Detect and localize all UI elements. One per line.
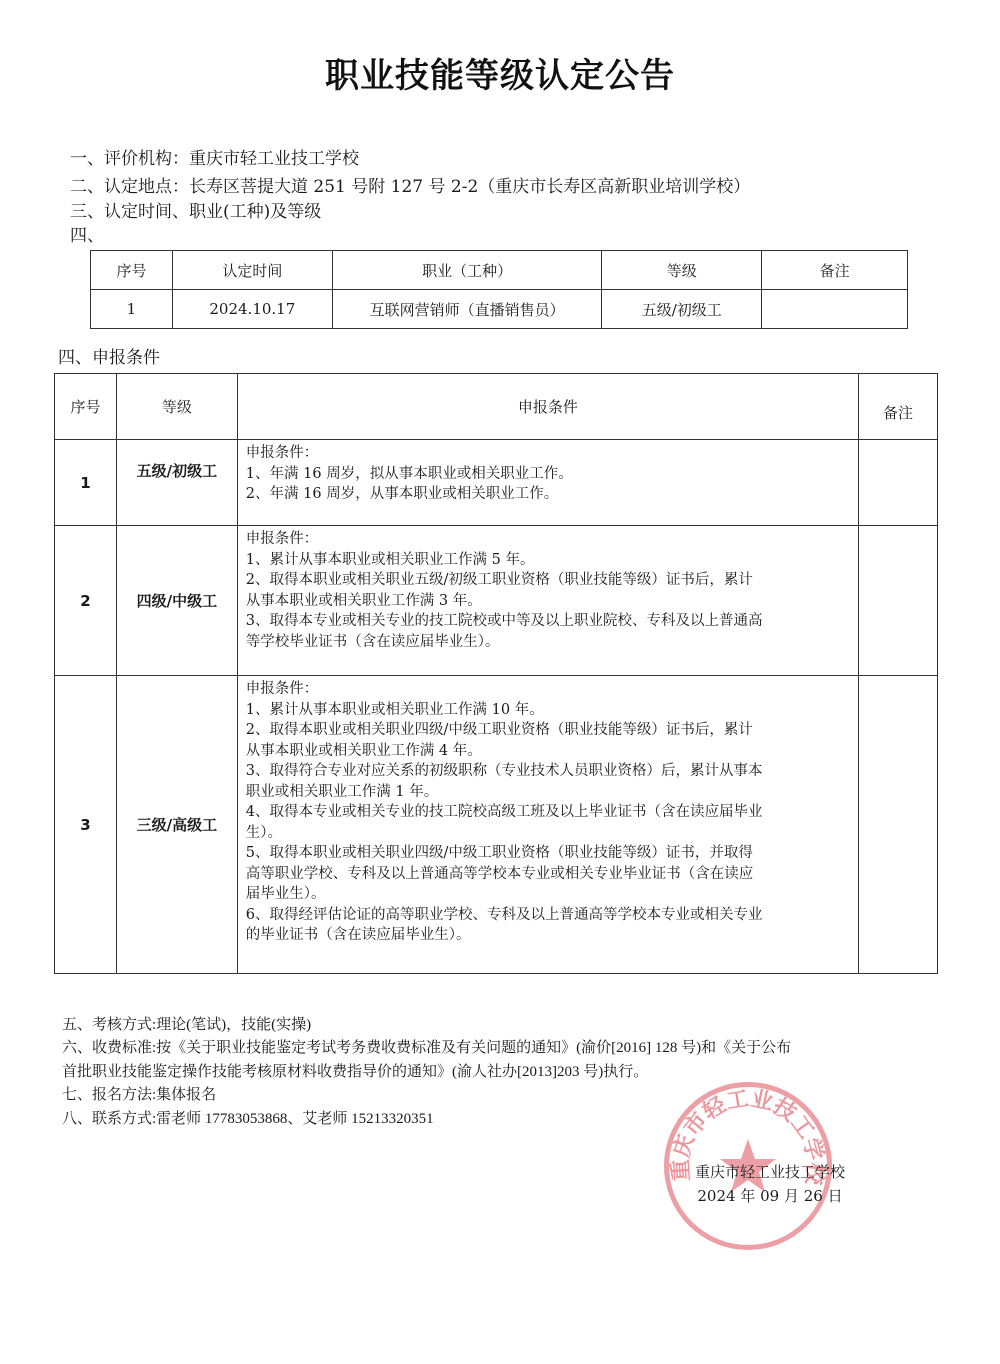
header-cell: 职业（工种） xyxy=(332,251,602,290)
condition-line: 1、年满 16 周岁，拟从事本职业或相关职业工作。 xyxy=(246,464,852,485)
page-title: 职业技能等级认定公告 xyxy=(0,48,1000,97)
contact-info: 八、联系方式:雷老师 17783053868、艾老师 15213320351 xyxy=(62,1109,434,1129)
fee-standard-line1: 六、收费标准:按《关于职业技能鉴定考试考务费收费标准及有关问题的通知》(渝价[2… xyxy=(62,1038,791,1058)
cell-conditions: 申报条件： 1、年满 16 周岁，拟从事本职业或相关职业工作。 2、年满 16 … xyxy=(237,440,858,526)
assessment-method: 五、考核方式:理论(笔试)，技能(实操) xyxy=(62,1015,311,1035)
cell-conditions: 申报条件： 1、累计从事本职业或相关职业工作满 5 年。 2、取得本职业或相关职… xyxy=(237,526,858,676)
requirements-heading: 四、申报条件 xyxy=(58,347,160,369)
condition-line: 从事本职业或相关职业工作满 3 年。 xyxy=(246,591,852,612)
section-time-heading: 三、认定时间、职业(工种)及等级 xyxy=(70,201,321,223)
condition-line: 生）。 xyxy=(246,823,852,844)
condition-line: 届毕业生）。 xyxy=(246,884,852,905)
condition-line: 6、取得经评估论证的高等职业学校、专科及以上普通高等学校本专业或相关专业 xyxy=(246,905,852,926)
condition-line: 申报条件： xyxy=(246,679,852,700)
condition-line: 申报条件： xyxy=(246,443,852,464)
condition-line: 1、累计从事本职业或相关职业工作满 10 年。 xyxy=(246,700,852,721)
condition-line: 5、取得本职业或相关职业四级/中级工职业资格（职业技能等级）证书，并取得 xyxy=(246,843,852,864)
cell-number: 2 xyxy=(55,526,117,676)
cell-level: 四级/中级工 xyxy=(116,526,237,676)
table-row: 1 2024.10.17 互联网营销师（直播销售员） 五级/初级工 xyxy=(91,290,908,329)
cell-level: 五级/初级工 xyxy=(602,290,762,329)
condition-line: 高等职业学校、专科及以上普通高等学校本专业或相关专业毕业证书（含在读应 xyxy=(246,864,852,885)
signature-org: 重庆市轻工业技工学校 xyxy=(660,1161,880,1183)
condition-line: 等学校毕业证书（含在读应届毕业生）。 xyxy=(246,632,852,653)
section-four-label: 四、 xyxy=(70,225,104,247)
condition-line: 3、取得符合专业对应关系的初级职称（专业技术人员职业资格）后，累计从事本 xyxy=(246,761,852,782)
signature-date: 2024 年 09 月 26 日 xyxy=(660,1185,880,1207)
condition-line: 的毕业证书（含在读应届毕业生）。 xyxy=(246,925,852,946)
condition-line: 2、年满 16 周岁，从事本职业或相关职业工作。 xyxy=(246,484,852,505)
cell-number: 1 xyxy=(91,290,173,329)
cell-level: 五级/初级工 xyxy=(116,440,237,526)
condition-line: 2、取得本职业或相关职业五级/初级工职业资格（职业技能等级）证书后，累计 xyxy=(246,570,852,591)
header-cell: 序号 xyxy=(91,251,173,290)
cell-remark xyxy=(762,290,908,329)
condition-line: 2、取得本职业或相关职业四级/中级工职业资格（职业技能等级）证书后，累计 xyxy=(246,720,852,741)
header-cell: 认定时间 xyxy=(172,251,332,290)
header-cell: 申报条件 xyxy=(237,374,858,440)
table-row: 2 四级/中级工 申报条件： 1、累计从事本职业或相关职业工作满 5 年。 2、… xyxy=(55,526,938,676)
section-location: 二、认定地点：长寿区菩提大道 251 号附 127 号 2-2（重庆市长寿区高新… xyxy=(70,176,750,198)
requirements-table-header: 序号 等级 申报条件 备注 xyxy=(55,374,938,440)
condition-line: 申报条件： xyxy=(246,529,852,550)
cell-remark xyxy=(859,440,938,526)
section-evaluator: 一、评价机构：重庆市轻工业技工学校 xyxy=(70,148,359,170)
header-cell: 序号 xyxy=(55,374,117,440)
cell-remark xyxy=(859,526,938,676)
requirements-table: 序号 等级 申报条件 备注 1 五级/初级工 申报条件： 1、年满 16 周岁，… xyxy=(54,373,938,974)
header-cell: 备注 xyxy=(762,251,908,290)
header-cell: 等级 xyxy=(116,374,237,440)
cell-conditions: 申报条件： 1、累计从事本职业或相关职业工作满 10 年。 2、取得本职业或相关… xyxy=(237,676,858,974)
schedule-table-header: 序号 认定时间 职业（工种） 等级 备注 xyxy=(91,251,908,290)
fee-standard-line2: 首批职业技能鉴定操作技能考核原材料收费指导价的通知》(渝人社办[2013]203… xyxy=(62,1062,648,1082)
condition-line: 4、取得本专业或相关专业的技工院校高级工班及以上毕业证书（含在读应届毕业 xyxy=(246,802,852,823)
condition-line: 1、累计从事本职业或相关职业工作满 5 年。 xyxy=(246,550,852,571)
schedule-table: 序号 认定时间 职业（工种） 等级 备注 1 2024.10.17 互联网营销师… xyxy=(90,250,908,329)
cell-number: 3 xyxy=(55,676,117,974)
condition-line: 职业或相关职业工作满 1 年。 xyxy=(246,782,852,803)
condition-line: 3、取得本专业或相关专业的技工院校或中等及以上职业院校、专科及以上普通高 xyxy=(246,611,852,632)
registration-method: 七、报名方法:集体报名 xyxy=(62,1085,216,1105)
cell-date: 2024.10.17 xyxy=(172,290,332,329)
header-cell: 备注 xyxy=(859,374,938,440)
cell-occupation: 互联网营销师（直播销售员） xyxy=(332,290,602,329)
cell-remark xyxy=(859,676,938,974)
cell-number: 1 xyxy=(55,440,117,526)
cell-level: 三级/高级工 xyxy=(116,676,237,974)
condition-line: 从事本职业或相关职业工作满 4 年。 xyxy=(246,741,852,762)
table-row: 1 五级/初级工 申报条件： 1、年满 16 周岁，拟从事本职业或相关职业工作。… xyxy=(55,440,938,526)
header-cell: 等级 xyxy=(602,251,762,290)
table-row: 3 三级/高级工 申报条件： 1、累计从事本职业或相关职业工作满 10 年。 2… xyxy=(55,676,938,974)
